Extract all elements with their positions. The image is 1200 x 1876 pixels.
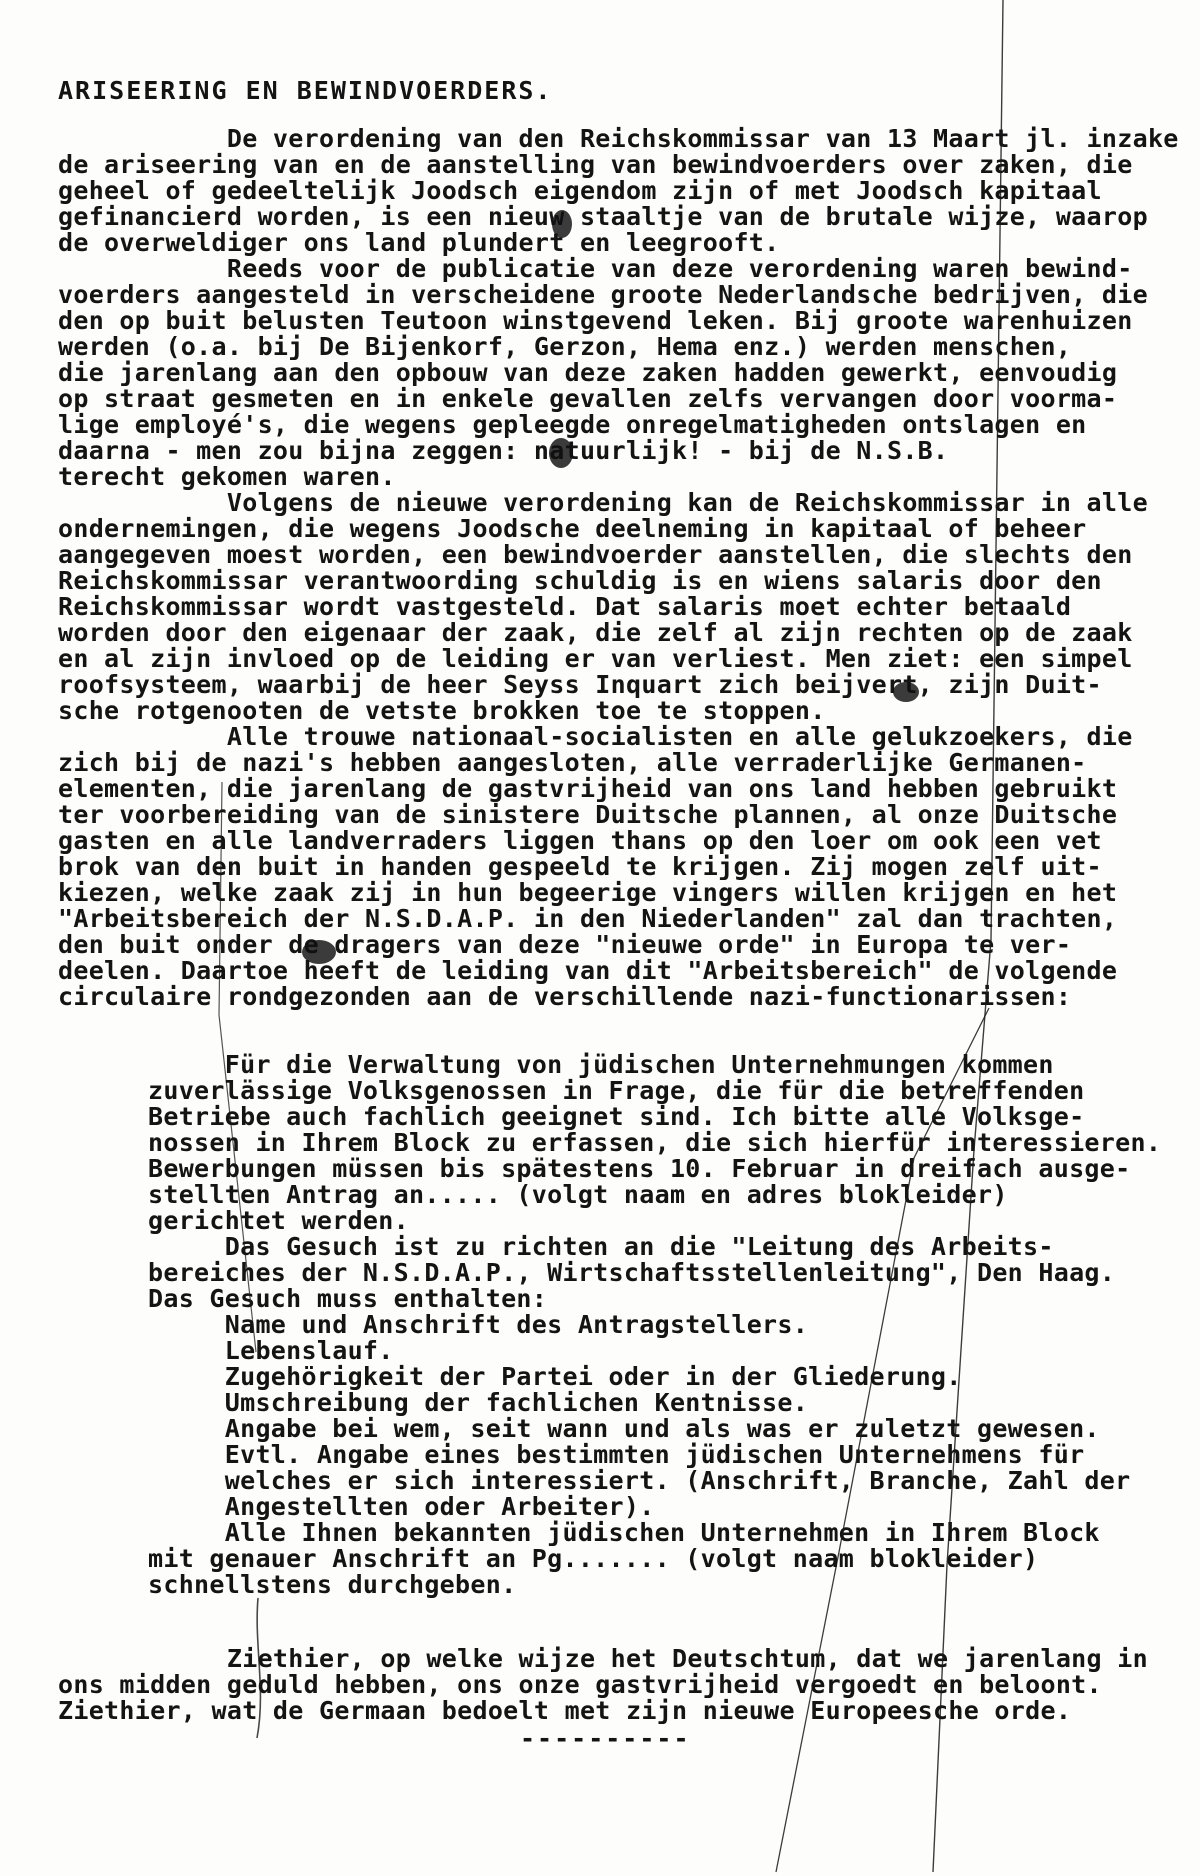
- text-line: terecht gekomen waren.: [58, 464, 1168, 490]
- document-title: ARISEERING EN BEWINDVOERDERS.: [58, 78, 1168, 104]
- ink-blot: [552, 210, 572, 238]
- text-line: Für die Verwaltung von jüdischen Unterne…: [148, 1052, 1168, 1078]
- text-line: Reichskommissar verantwoording schuldig …: [58, 568, 1168, 594]
- text-line: geheel of gedeeltelijk Joodsch eigendom …: [58, 178, 1168, 204]
- text-line: Angabe bei wem, seit wann und als was er…: [148, 1416, 1168, 1442]
- ink-blot: [302, 940, 336, 964]
- text-line: nossen in Ihrem Block zu erfassen, die s…: [148, 1130, 1168, 1156]
- para-bewindvoerders: Reeds voor de publicatie van deze verord…: [58, 256, 1168, 490]
- text-line: stellten Antrag an..... (volgt naam en a…: [148, 1182, 1168, 1208]
- text-line: kiezen, welke zaak zij in hun begeerige …: [58, 880, 1168, 906]
- text-line: zich bij de nazi's hebben aangesloten, a…: [58, 750, 1168, 776]
- circular-verwaltung: Für die Verwaltung von jüdischen Unterne…: [148, 1052, 1168, 1234]
- text-line: zuverlässige Volksgenossen in Frage, die…: [148, 1078, 1168, 1104]
- text-line: ondernemingen, die wegens Joodsche deeln…: [58, 516, 1168, 542]
- circular-gesuch: Das Gesuch ist zu richten an die "Leitun…: [148, 1234, 1168, 1312]
- text-line: de overweldiger ons land plundert en lee…: [58, 230, 1168, 256]
- text-line: circulaire rondgezonden aan de verschill…: [58, 984, 1168, 1010]
- text-line: lige employé's, die wegens gepleegde onr…: [58, 412, 1168, 438]
- text-line: Evtl. Angabe eines bestimmten jüdischen …: [148, 1442, 1168, 1468]
- document-page: ARISEERING EN BEWINDVOERDERS. De verorde…: [0, 0, 1200, 1876]
- ink-blot: [549, 438, 573, 468]
- ink-blot: [893, 682, 919, 702]
- text-line: aangegeven moest worden, een bewindvoerd…: [58, 542, 1168, 568]
- text-line: Alle Ihnen bekannten jüdischen Unternehm…: [148, 1520, 1168, 1546]
- text-line: den buit onder de dragers van deze "nieu…: [58, 932, 1168, 958]
- text-line: den op buit belusten Teutoon winstgevend…: [58, 308, 1168, 334]
- circular-gesuch-list: Name und Anschrift des Antragstellers. L…: [148, 1312, 1168, 1520]
- text-line: Alle trouwe nationaal-socialisten en all…: [58, 724, 1168, 750]
- text-line: Umschreibung der fachlichen Kentnisse.: [148, 1390, 1168, 1416]
- text-line: Reeds voor de publicatie van deze verord…: [58, 256, 1168, 282]
- para-slot: Ziethier, op welke wijze het Deutschtum,…: [58, 1646, 1168, 1724]
- text-line: sche rotgenooten de vetste brokken toe t…: [58, 698, 1168, 724]
- circular-unternehmen: Alle Ihnen bekannten jüdischen Unternehm…: [148, 1520, 1168, 1598]
- text-line: ter voorbereiding van de sinistere Duits…: [58, 802, 1168, 828]
- text-line: gefinancierd worden, is een nieuw staalt…: [58, 204, 1168, 230]
- text-line: Bewerbungen müssen bis spätestens 10. Fe…: [148, 1156, 1168, 1182]
- text-line: Das Gesuch ist zu richten an die "Leitun…: [148, 1234, 1168, 1260]
- text-line: Name und Anschrift des Antragstellers.: [148, 1312, 1168, 1338]
- text-line: op straat gesmeten en in enkele gevallen…: [58, 386, 1168, 412]
- document-body: De verordening van den Reichskommissar v…: [58, 126, 1168, 1724]
- text-line: werden (o.a. bij De Bijenkorf, Gerzon, H…: [58, 334, 1168, 360]
- text-line: bereiches der N.S.D.A.P., Wirtschaftsste…: [148, 1260, 1168, 1286]
- para-gelukzoekers: Alle trouwe nationaal-socialisten en all…: [58, 724, 1168, 1010]
- text-line: Zugehörigkeit der Partei oder in der Gli…: [148, 1364, 1168, 1390]
- text-line: schnellstens durchgeben.: [148, 1572, 1168, 1598]
- text-line: welches er sich interessiert. (Anschrift…: [148, 1468, 1168, 1494]
- document-content: ARISEERING EN BEWINDVOERDERS. De verorde…: [58, 78, 1168, 1752]
- text-line: Angestellten oder Arbeiter).: [148, 1494, 1168, 1520]
- text-line: Ziethier, wat de Germaan bedoelt met zij…: [58, 1698, 1168, 1724]
- text-line: brok van den buit in handen gespeeld te …: [58, 854, 1168, 880]
- text-line: Lebenslauf.: [148, 1338, 1168, 1364]
- text-line: de ariseering van en de aanstelling van …: [58, 152, 1168, 178]
- text-line: Volgens de nieuwe verordening kan de Rei…: [58, 490, 1168, 516]
- para-nieuwe-verordening: Volgens de nieuwe verordening kan de Rei…: [58, 490, 1168, 724]
- text-line: en al zijn invloed op de leiding er van …: [58, 646, 1168, 672]
- text-line: roofsysteem, waarbij de heer Seyss Inqua…: [58, 672, 1168, 698]
- text-line: Reichskommissar wordt vastgesteld. Dat s…: [58, 594, 1168, 620]
- text-line: worden door den eigenaar der zaak, die z…: [58, 620, 1168, 646]
- text-line: gasten en alle landverraders liggen than…: [58, 828, 1168, 854]
- text-line: daarna - men zou bijna zeggen: natuurlij…: [58, 438, 1168, 464]
- text-line: voerders aangesteld in verscheidene groo…: [58, 282, 1168, 308]
- text-line: mit genauer Anschrift an Pg....... (volg…: [148, 1546, 1168, 1572]
- para-verordening-intro: De verordening van den Reichskommissar v…: [58, 126, 1168, 256]
- text-line: gerichtet werden.: [148, 1208, 1168, 1234]
- text-line: De verordening van den Reichskommissar v…: [58, 126, 1168, 152]
- text-line: "Arbeitsbereich der N.S.D.A.P. in den Ni…: [58, 906, 1168, 932]
- text-line: Betriebe auch fachlich geeignet sind. Ic…: [148, 1104, 1168, 1130]
- text-line: elementen, die jarenlang de gastvrijheid…: [58, 776, 1168, 802]
- text-line: ons midden geduld hebben, ons onze gastv…: [58, 1672, 1168, 1698]
- text-line: die jarenlang aan den opbouw van deze za…: [58, 360, 1168, 386]
- text-line: Ziethier, op welke wijze het Deutschtum,…: [58, 1646, 1168, 1672]
- end-separator: ----------: [520, 1726, 1168, 1752]
- text-line: deelen. Daartoe heeft de leiding van dit…: [58, 958, 1168, 984]
- text-line: Das Gesuch muss enthalten:: [148, 1286, 1168, 1312]
